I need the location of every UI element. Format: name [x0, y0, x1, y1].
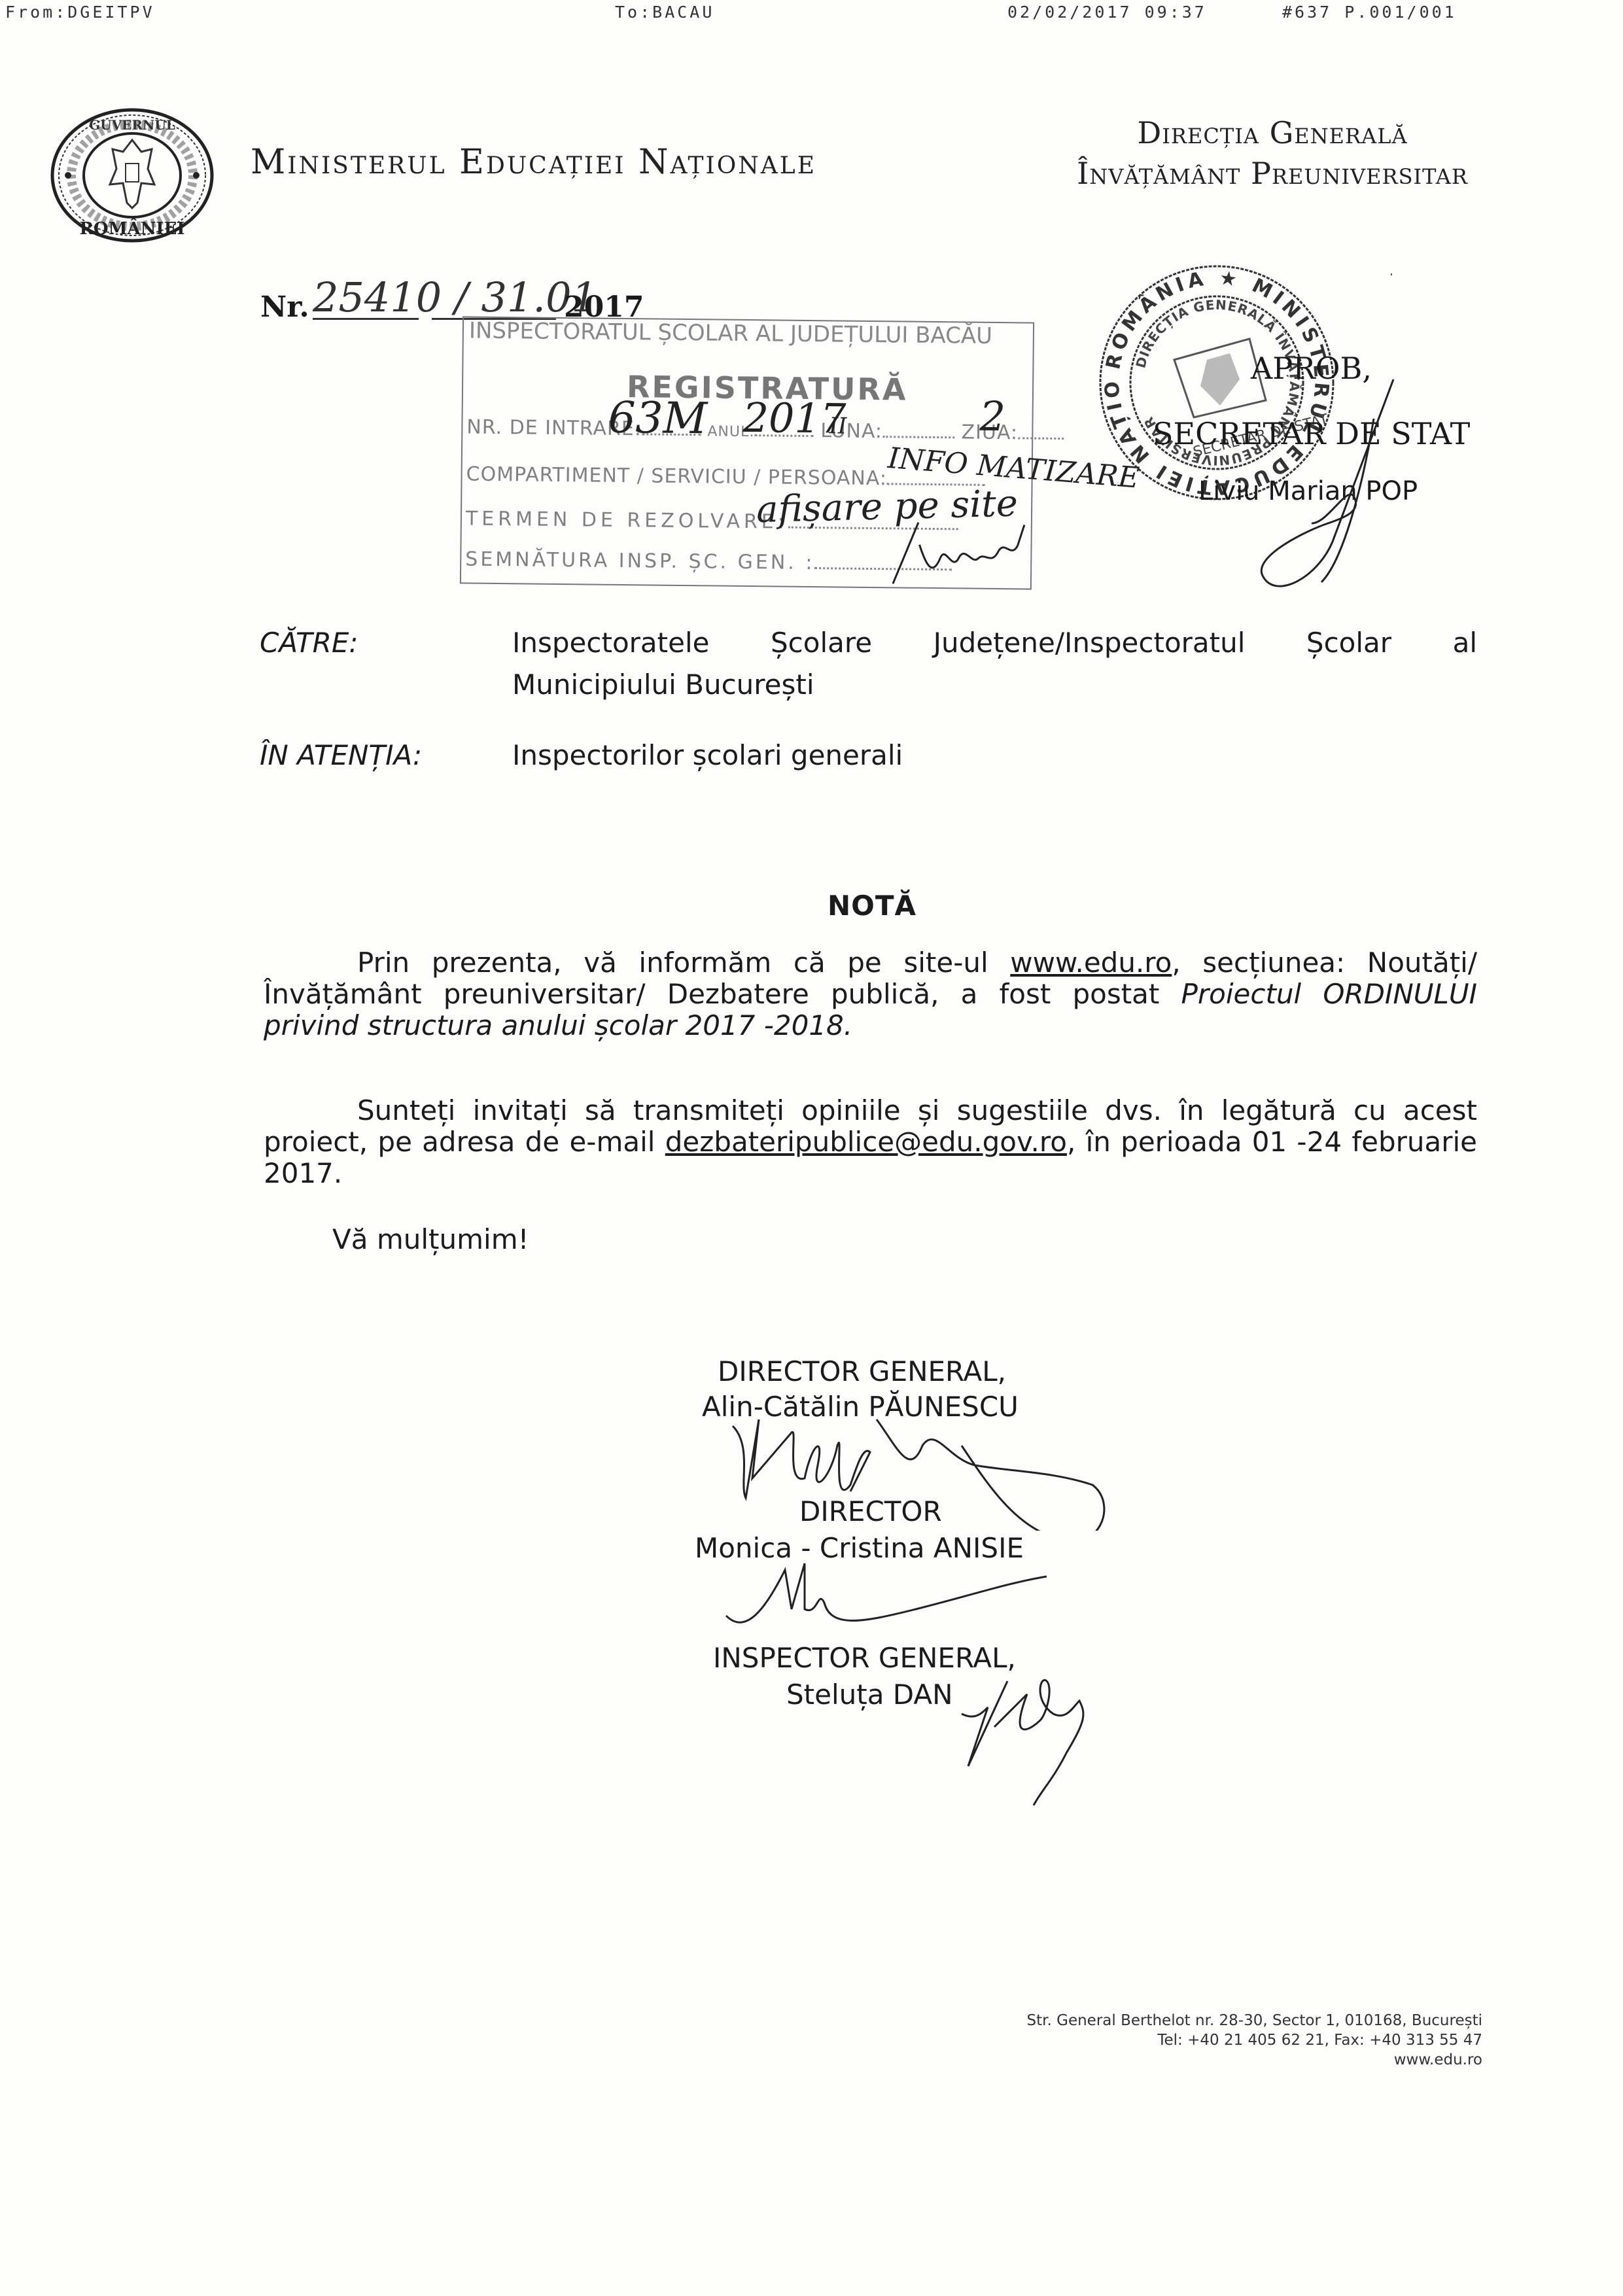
- paragraph-announcement: Prin prezenta, vă informăm că pe site-ul…: [264, 947, 1477, 1041]
- fax-datetime: 02/02/2017 09:37: [1007, 3, 1207, 22]
- signatory-1-title: DIRECTOR GENERAL,: [718, 1355, 1006, 1387]
- direction-line-2: Învățământ Preuniversitar: [1021, 153, 1524, 194]
- svg-text:ROMÂNIEI: ROMÂNIEI: [79, 218, 184, 239]
- footer-website: www.edu.ro: [1027, 2050, 1482, 2070]
- ministry-name: Ministerul Educației Naționale: [251, 143, 816, 182]
- to-value-line-2: Municipiului București: [512, 669, 814, 701]
- signatory-3-name: Steluța DAN: [786, 1679, 953, 1711]
- document-number-prefix: Nr.: [260, 290, 309, 324]
- paragraph-invitation: Sunteți invitați să transmiteți opiniile…: [264, 1095, 1477, 1189]
- approval-signature-icon: [1178, 366, 1439, 615]
- paragraph-1-text-a: Prin prezenta, vă informăm că pe site-ul: [357, 947, 1010, 979]
- day-value: 2: [979, 392, 1005, 440]
- document-number-handwritten: 25410 / 31.01: [313, 273, 597, 321]
- signatory-3-signature-icon: [955, 1675, 1158, 1805]
- department-label: COMPARTIMENT / SERVICIU / PERSOANA:: [466, 463, 887, 491]
- month-value: II: [829, 413, 846, 439]
- direction-name: Direcția Generală Învățământ Preuniversi…: [1021, 113, 1524, 194]
- attention-value: Inspectorilor școlari generali: [512, 739, 903, 771]
- registration-stamp: INSPECTORATUL ȘCOLAR AL JUDEȚULUI BACĂU …: [460, 316, 1034, 589]
- inspector-signature-icon: [880, 518, 1038, 592]
- attention-label: ÎN ATENȚIA:: [260, 739, 422, 771]
- signatory-2-title: DIRECTOR: [799, 1495, 942, 1527]
- number-underline: [313, 318, 419, 320]
- scan-speck: [1391, 273, 1392, 275]
- closing-thanks: Vă mulțumim!: [332, 1223, 529, 1255]
- romania-coat-of-arms-seal-icon: ROMÂNIEI GUVERNUL: [47, 106, 217, 245]
- stamp-institution: INSPECTORATUL ȘCOLAR AL JUDEȚULUI BACĂU: [469, 318, 993, 349]
- signatory-3-title: INSPECTOR GENERAL,: [713, 1642, 1016, 1674]
- footer-address: Str. General Berthelot nr. 28-30, Sector…: [1027, 2011, 1482, 2030]
- inspector-signature-label: SEMNĂTURA INSP. ȘC. GEN. :: [465, 548, 815, 574]
- fax-page: #637 P.001/001: [1282, 3, 1457, 22]
- stamp-row-signature: SEMNĂTURA INSP. ȘC. GEN. :: [465, 548, 952, 576]
- signatory-2-signature-icon: [720, 1557, 1060, 1635]
- svg-text:GUVERNUL: GUVERNUL: [89, 117, 175, 133]
- email-link[interactable]: dezbateripublice@edu.gov.ro: [665, 1126, 1067, 1158]
- note-heading: NOTĂ: [828, 890, 916, 922]
- direction-line-1: Direcția Generală: [1021, 113, 1524, 153]
- fax-from: From:DGEITPV: [5, 3, 155, 22]
- entry-number-value: 63M: [608, 392, 707, 444]
- deadline-label: TERMEN DE REZOLVARE:: [466, 508, 788, 534]
- website-link[interactable]: www.edu.ro: [1010, 947, 1172, 979]
- fax-to: To:BACAU: [615, 3, 714, 22]
- footer-contact: Str. General Berthelot nr. 28-30, Sector…: [1027, 2011, 1482, 2070]
- footer-phone: Tel: +40 21 405 62 21, Fax: +40 313 55 4…: [1027, 2030, 1482, 2050]
- to-value-line-1: Inspectoratele Școlare Județene/Inspecto…: [512, 627, 1477, 659]
- to-label: CĂTRE:: [260, 627, 358, 659]
